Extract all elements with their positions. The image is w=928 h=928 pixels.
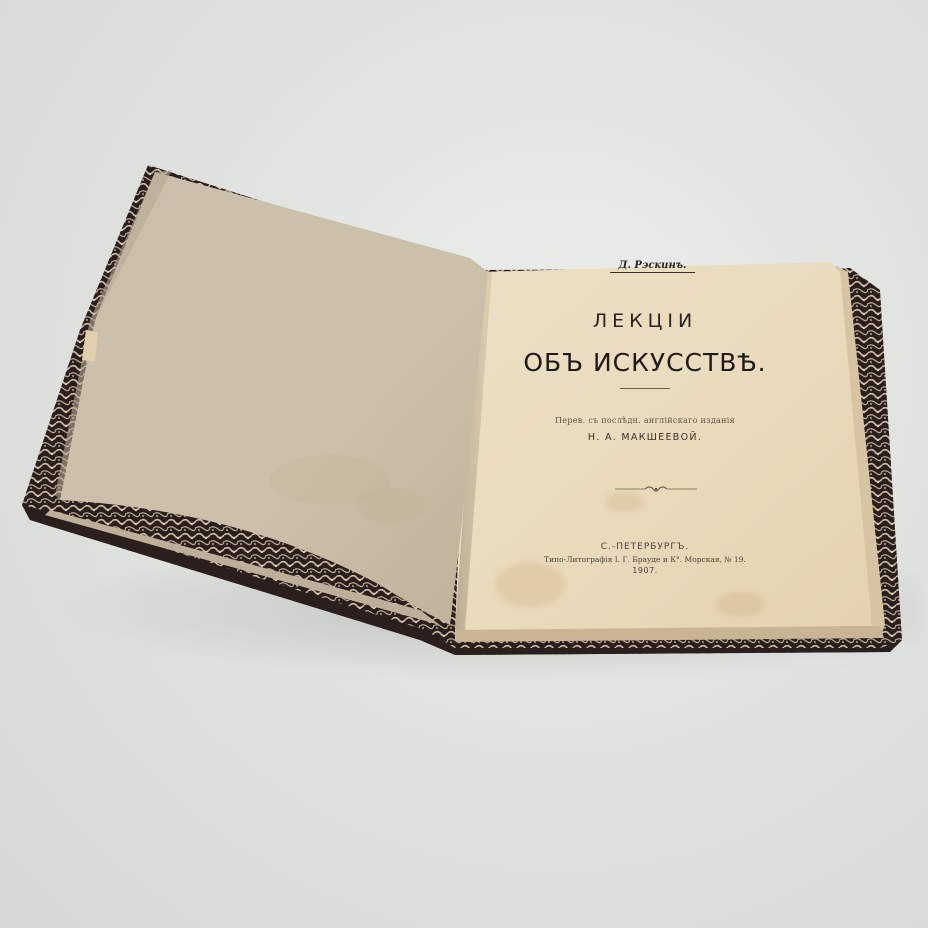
printer-info: Типо-Литографія І. Г. Брауде и К°. Морск…	[455, 555, 835, 564]
title-page: Д. Рэскинъ. ЛЕКЦІИ ОБЪ ИСКУССТВѢ. Перев.…	[455, 262, 835, 632]
publication-year: 1907.	[455, 566, 835, 575]
ornament-divider-icon	[615, 484, 697, 494]
title-line-2: ОБЪ ИСКУССТВѢ.	[455, 348, 835, 377]
owner-inscription: Д. Рэскинъ.	[610, 260, 695, 273]
photo-scene: Д. Рэскинъ. ЛЕКЦІИ ОБЪ ИСКУССТВѢ. Перев.…	[0, 0, 928, 928]
publication-city: С.-ПЕТЕРБУРГЪ.	[455, 542, 835, 552]
translator-name: Н. А. МАКШЕЕВОЙ.	[455, 432, 835, 443]
title-line-1: ЛЕКЦІИ	[455, 310, 835, 332]
title-rule-divider	[620, 388, 670, 389]
translation-note: Перев. съ послѣдн. англійскаго изданія	[455, 416, 835, 425]
